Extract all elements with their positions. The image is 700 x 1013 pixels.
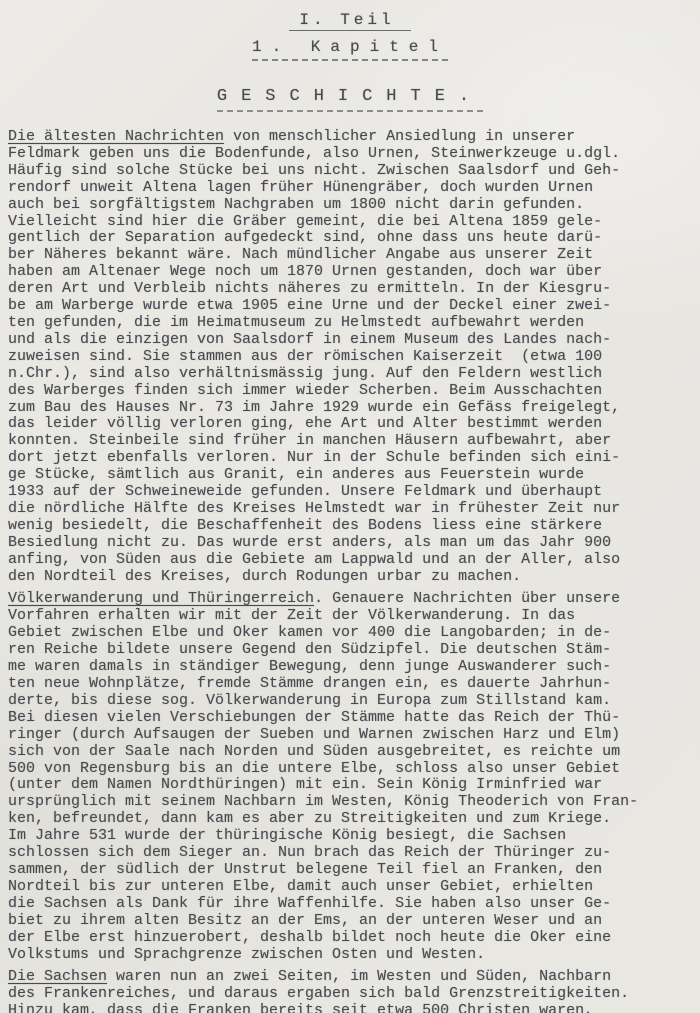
document-page: I. Teil 1. Kapitel GESCHICHTE. Die ältes… — [0, 0, 700, 1013]
text-line: zuweisen sind. Sie stammen aus der römis… — [8, 349, 700, 366]
paragraph: Völkerwanderung und Thüringerreich. Gena… — [8, 591, 700, 963]
text-line: des Frankenreiches, und daraus ergaben s… — [8, 986, 700, 1003]
chapter-title-row: 1. Kapitel — [0, 31, 700, 61]
text-line: sammen, der südlich der Unstrut belegene… — [8, 862, 700, 879]
text-line: Vorfahren erhalten wir mit der Zeit der … — [8, 608, 700, 625]
text-line: und als die einzigen von Saalsdorf in ei… — [8, 332, 700, 349]
text-line: rendorf unweit Altena lagen früher Hünen… — [8, 180, 700, 197]
text-line: deren Art und Verbleib nichts näheres zu… — [8, 281, 700, 298]
underlined-lead-in: Völkerwanderung und Thüringerreich — [8, 590, 314, 607]
text-line: zum Bau des Hauses Nr. 73 im Jahre 1929 … — [8, 400, 700, 417]
text-line: Im Jahre 531 wurde der thüringische Köni… — [8, 828, 700, 845]
part-title: I. Teil — [289, 12, 410, 31]
text-line: be am Warberge wurde etwa 1905 eine Urne… — [8, 298, 700, 315]
text-line: Feldmark geben uns die Bodenfunde, also … — [8, 146, 700, 163]
text-line: Volkstums und Sprachgrenze zwischen Oste… — [8, 947, 700, 964]
text-line: gentlich der Separation aufgedeckt sind,… — [8, 230, 700, 247]
text-line: ten neue Wohnplätze, fremde Stämme drang… — [8, 676, 700, 693]
part-title-row: I. Teil — [0, 12, 700, 31]
text-line: biet zu ihrem alten Besitz an der Ems, a… — [8, 913, 700, 930]
text-line: die nördliche Hälfte des Kreises Helmste… — [8, 501, 700, 518]
underlined-lead-in: Die Sachsen — [8, 968, 107, 985]
text-line: Die Sachsen waren nun an zwei Seiten, im… — [8, 969, 700, 986]
text-line: Gebiet zwischen Elbe und Oker kamen vor … — [8, 625, 700, 642]
text-line: ursprünglich mit seinem Nachbarn im West… — [8, 794, 700, 811]
text-line: ren Reiche bildete unsere Gegend den Süd… — [8, 642, 700, 659]
text-line: ten gefunden, die im Heimatmuseum zu Hel… — [8, 315, 700, 332]
text-line: das leider völlig verloren ging, ehe Art… — [8, 416, 700, 433]
text-line: den Nordteil des Kreises, durch Rodungen… — [8, 569, 700, 586]
text-line: (unter dem Namen Nordthüringen) mit ein.… — [8, 777, 700, 794]
text-line: 1933 auf der Schweineweide gefunden. Uns… — [8, 484, 700, 501]
text-line: haben am Altenaer Wege noch um 1870 Urne… — [8, 264, 700, 281]
paragraph: Die ältesten Nachrichten von menschliche… — [8, 129, 700, 585]
text-line: ringer (durch Aufsaugen der Sueben und W… — [8, 727, 700, 744]
text-line: derte, bis diese sog. Völkerwanderung in… — [8, 693, 700, 710]
main-title: GESCHICHTE. — [217, 88, 483, 112]
text-line: ken, befreundet, dann kam es aber zu Str… — [8, 811, 700, 828]
text-line: 500 von Regensburg bis an die untere Elb… — [8, 761, 700, 778]
paragraph: Die Sachsen waren nun an zwei Seiten, im… — [8, 969, 700, 1013]
text-line: dort jetzt ebenfalls verloren. Nur in de… — [8, 450, 700, 467]
text-line: Nordteil bis zur unteren Elbe, damit auc… — [8, 879, 700, 896]
text-line: die Sachsen als Dank für ihre Waffenhilf… — [8, 896, 700, 913]
document-body: Die ältesten Nachrichten von menschliche… — [0, 129, 700, 1013]
text-line: des Warberges finden sich immer wieder S… — [8, 383, 700, 400]
chapter-title: 1. Kapitel — [252, 39, 448, 61]
text-line: Völkerwanderung und Thüringerreich. Gena… — [8, 591, 700, 608]
text-line: n.Chr.), sind also verhältnismässig jung… — [8, 366, 700, 383]
text-line: wenig besiedelt, die Beschaffenheit des … — [8, 518, 700, 535]
text-line: schlossen sich dem Sieger an. Nun brach … — [8, 845, 700, 862]
text-line: auch bei sorgfältigstem Nachgraben um 18… — [8, 197, 700, 214]
text-line: me waren damals in ständiger Bewegung, d… — [8, 659, 700, 676]
text-line: ge Stücke, sämtlich aus Granit, ein ande… — [8, 467, 700, 484]
main-title-row: GESCHICHTE. — [0, 61, 700, 112]
text-line: ber Näheres bekannt wäre. Nach mündliche… — [8, 247, 700, 264]
text-line: Besiedlung nicht zu. Das wurde erst ande… — [8, 535, 700, 552]
text-line: Hinzu kam, dass die Franken bereits seit… — [8, 1003, 700, 1013]
text-line: anfing, von Süden aus die Gebiete am Lap… — [8, 552, 700, 569]
text-line: Bei diesen vielen Verschiebungen der Stä… — [8, 710, 700, 727]
text-line: der Elbe erst hinzuerobert, deshalb bild… — [8, 930, 700, 947]
text-line: sich von der Saale nach Norden und Süden… — [8, 744, 700, 761]
text-line: Vielleicht sind hier die Gräber gemeint,… — [8, 214, 700, 231]
text-line: Häufig sind solche Stücke bei uns nicht.… — [8, 163, 700, 180]
underlined-lead-in: Die ältesten Nachrichten — [8, 128, 224, 145]
text-line: konnten. Steinbeile sind früher in manch… — [8, 433, 700, 450]
document-header: I. Teil 1. Kapitel GESCHICHTE. — [0, 0, 700, 112]
text-line: Die ältesten Nachrichten von menschliche… — [8, 129, 700, 146]
